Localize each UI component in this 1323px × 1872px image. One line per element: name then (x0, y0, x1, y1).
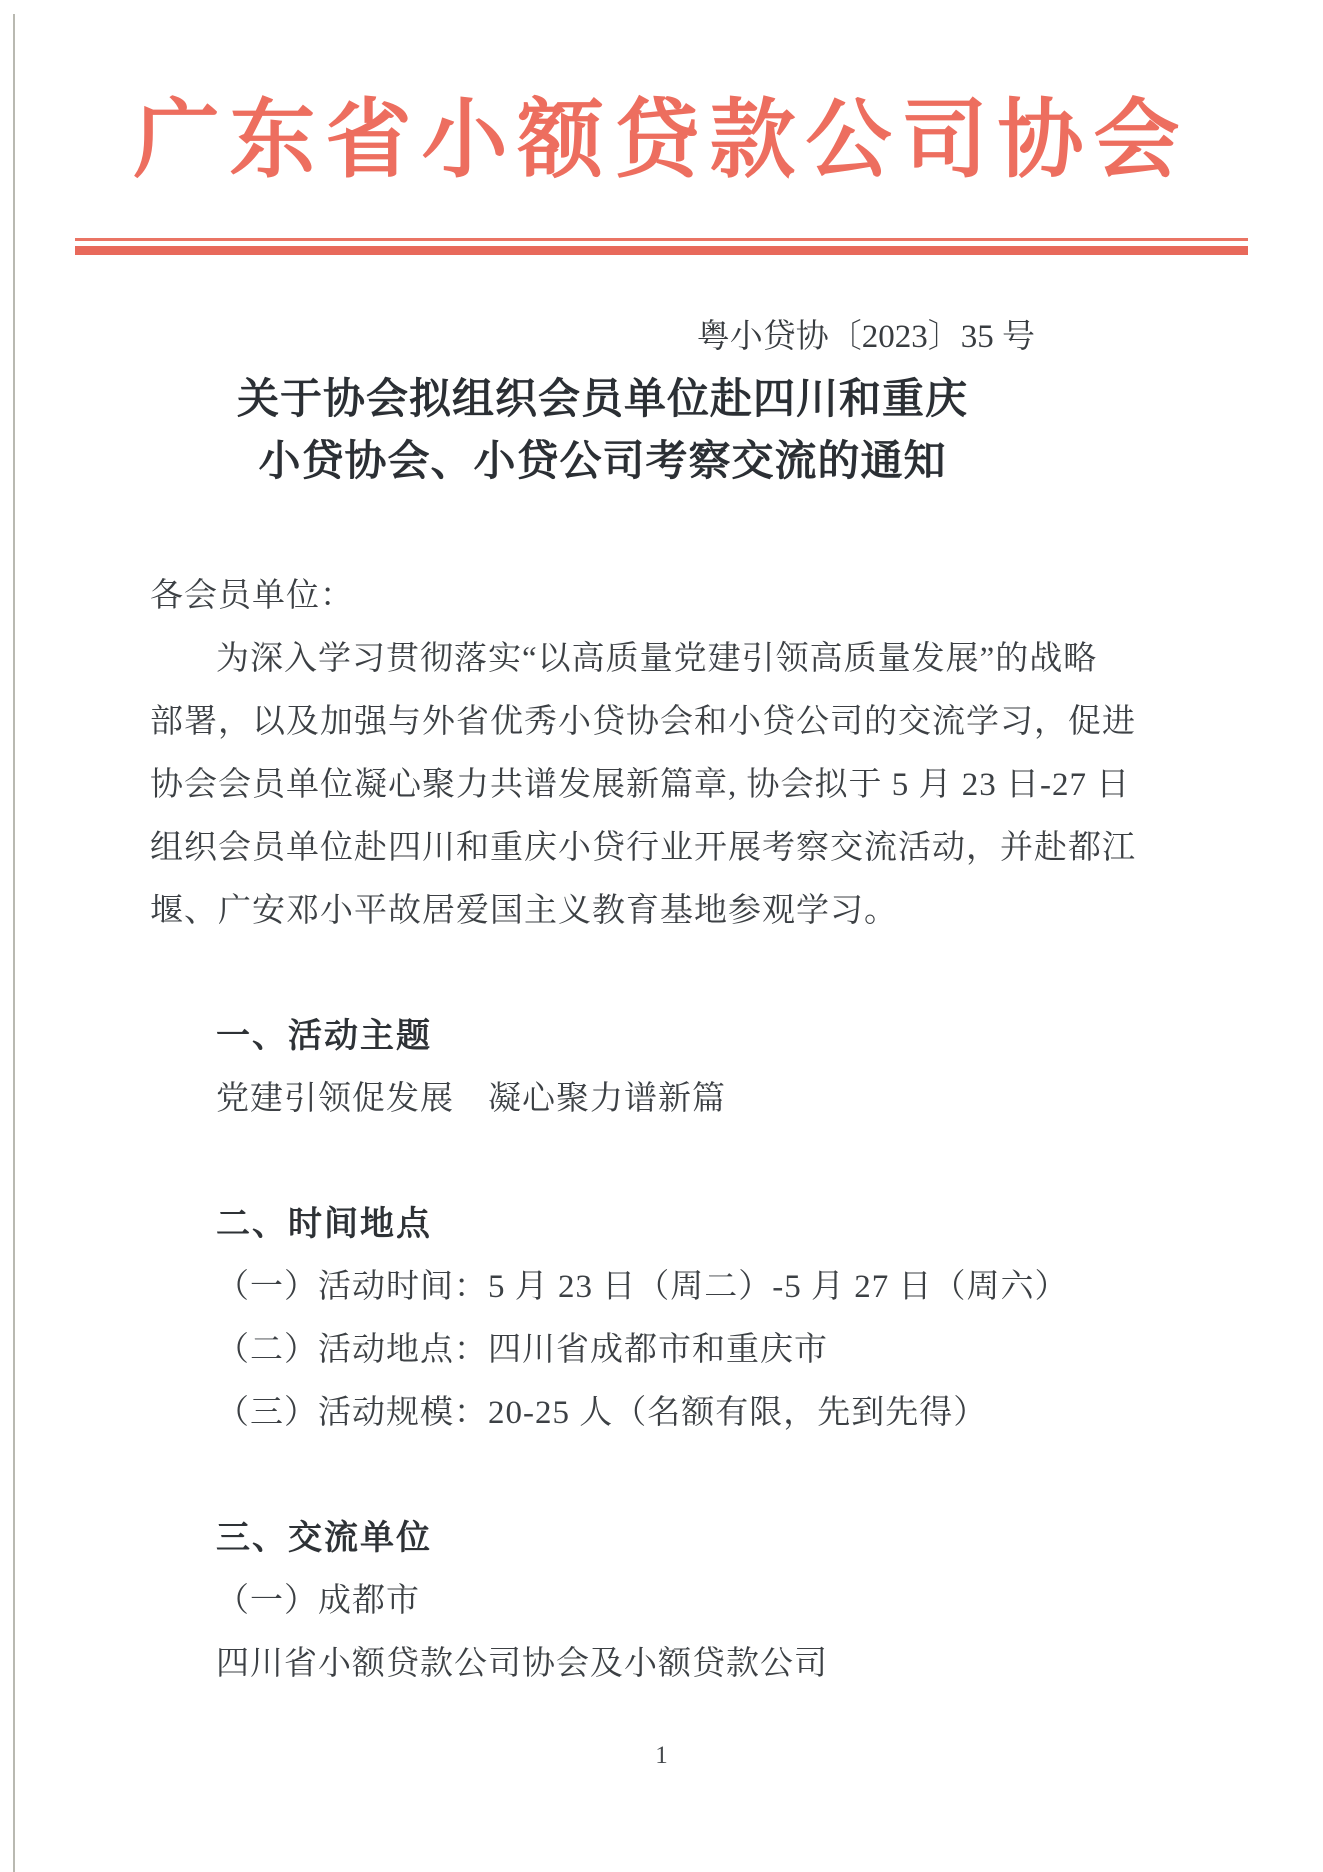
letterhead-rule-thick (75, 246, 1248, 255)
section: 二、时间地点（一）活动时间：5 月 23 日（周二）-5 月 27 日（周六）（… (150, 1193, 1115, 1445)
doc-title: 关于协会拟组织会员单位赴四川和重庆 小贷协会、小贷公司考察交流的通知 (120, 369, 1085, 493)
section-line: 党建引领促发展 凝心聚力谱新篇 (150, 1068, 1115, 1131)
intro-paragraph: 为深入学习贯彻落实“以高质量党建引领高质量发展”的战略部署，以及加强与外省优秀小… (150, 628, 1115, 943)
section-heading: 一、活动主题 (150, 1005, 1115, 1068)
section-heading: 二、时间地点 (150, 1193, 1115, 1256)
intro-line: 协会会员单位凝心聚力共谱发展新篇章, 协会拟于 5 月 23 日-27 日 (150, 754, 1115, 817)
letterhead-rule-thin (75, 238, 1248, 241)
section-line: （三）活动规模：20-25 人（名额有限，先到先得） (150, 1382, 1115, 1445)
document-page: 广东省小额贷款公司协会 粤小贷协〔2023〕35 号 关于协会拟组织会员单位赴四… (0, 0, 1323, 1872)
section-line: （二）活动地点：四川省成都市和重庆市 (150, 1319, 1115, 1382)
intro-line: 为深入学习贯彻落实“以高质量党建引领高质量发展”的战略 (150, 628, 1115, 691)
section: 一、活动主题党建引领促发展 凝心聚力谱新篇 (150, 1005, 1115, 1131)
page-number: 1 (0, 1738, 1323, 1774)
intro-line: 堰、广安邓小平故居爱国主义教育基地参观学习。 (150, 880, 1115, 943)
section-line: （一）成都市 (150, 1570, 1115, 1633)
scan-edge-line (13, 14, 15, 1872)
section-heading: 三、交流单位 (150, 1507, 1115, 1570)
doc-title-line-2: 小贷协会、小贷公司考察交流的通知 (120, 431, 1085, 493)
intro-line: 部署，以及加强与外省优秀小贷协会和小贷公司的交流学习，促进 (150, 691, 1115, 754)
doc-number: 粤小贷协〔2023〕35 号 (150, 313, 1115, 361)
salutation: 各会员单位： (150, 565, 1115, 628)
sections: 一、活动主题党建引领促发展 凝心聚力谱新篇二、时间地点（一）活动时间：5 月 2… (150, 1005, 1115, 1696)
doc-title-line-1: 关于协会拟组织会员单位赴四川和重庆 (120, 369, 1085, 431)
letterhead-org-name: 广东省小额贷款公司协会 (0, 90, 1323, 190)
document-body: 各会员单位： 为深入学习贯彻落实“以高质量党建引领高质量发展”的战略部署，以及加… (150, 565, 1115, 1696)
section-line: （一）活动时间：5 月 23 日（周二）-5 月 27 日（周六） (150, 1256, 1115, 1319)
section: 三、交流单位（一）成都市四川省小额贷款公司协会及小额贷款公司 (150, 1507, 1115, 1696)
section-line: 四川省小额贷款公司协会及小额贷款公司 (150, 1633, 1115, 1696)
intro-line: 组织会员单位赴四川和重庆小贷行业开展考察交流活动，并赴都江 (150, 817, 1115, 880)
